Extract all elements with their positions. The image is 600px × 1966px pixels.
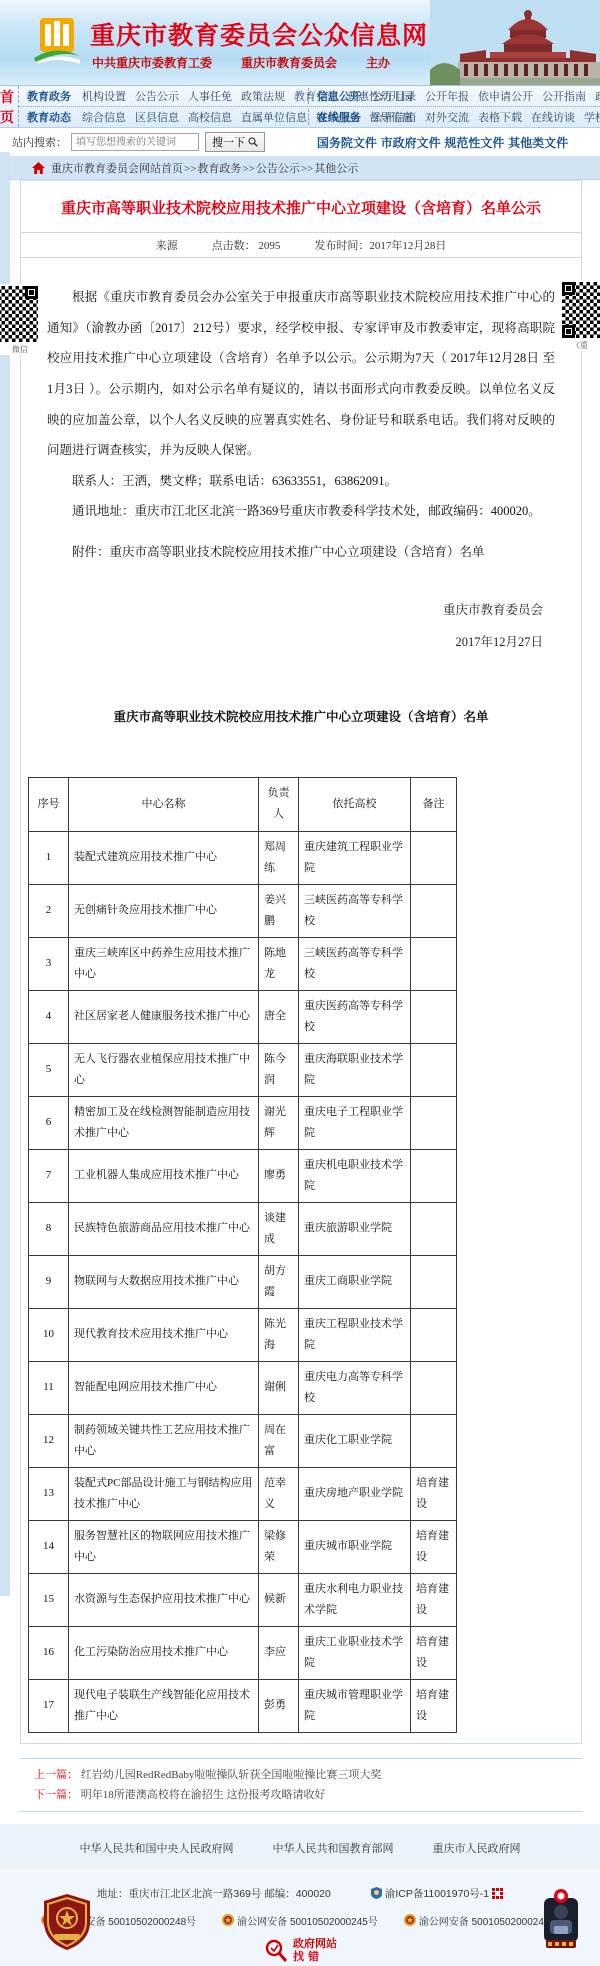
- wechat-qr-code: [0, 286, 38, 342]
- cell-school: 重庆工商职业学院: [299, 1255, 411, 1308]
- article-body: 根据《重庆市教育委员会办公室关于申报重庆市高等职业技术院校应用技术推广中心的通知…: [21, 258, 581, 568]
- cell-note: 培育建设: [411, 1626, 457, 1679]
- police-shield-icon: [222, 1914, 234, 1926]
- cell-seq: 5: [29, 1043, 69, 1096]
- nav-item-row1-left-5[interactable]: 政策法规: [241, 88, 285, 104]
- cell-center-name: 无创痛针灸应用技术推广中心: [69, 884, 259, 937]
- nav-item-row1-right-4[interactable]: 依申请公开: [478, 88, 533, 104]
- cell-school: 重庆电力高等专科学校: [299, 1361, 411, 1414]
- wechat-qr-widget[interactable]: 微信: [0, 286, 40, 355]
- nav-item-row2-left-2[interactable]: 综合信息: [82, 109, 126, 125]
- beian-text: 渝公网安备 50010502000245号: [237, 1913, 378, 1928]
- table-row: 13装配式PC部品设计施工与钢结构应用技术推广中心范幸义重庆房地产职业学院培育建…: [29, 1467, 457, 1520]
- cell-center-name: 装配式PC部品设计施工与钢结构应用技术推广中心: [69, 1467, 259, 1520]
- cell-school: 重庆工程职业技术学院: [299, 1308, 411, 1361]
- cell-center-name: 制药领域关键共性工艺应用技术推广中心: [69, 1414, 259, 1467]
- beian-badges-row: 渝公网安备 50010502000248号渝公网安备 5001050200024…: [0, 1913, 600, 1928]
- breadcrumb-separator: >>: [301, 163, 313, 175]
- nav-row1-left: 教育政务机构设置公告公示人事任免政策法规教育党建普惠性幼儿园: [19, 88, 309, 104]
- cell-center-name: 现代电子装联生产线智能化应用技术推广中心: [69, 1679, 259, 1732]
- cell-person: 郑周练: [259, 831, 299, 884]
- footer: 地址：重庆市江北区北滨一路369号 邮编：400020 渝ICP备1100197…: [0, 1870, 600, 1966]
- cell-note: [411, 1202, 457, 1255]
- table-title: 重庆市高等职业技术院校应用技术推广中心立项建设（含培育）名单: [21, 707, 581, 725]
- footer-site-link-3[interactable]: 重庆市人民政府网: [433, 1840, 521, 1856]
- cell-school: 重庆城市管理职业学院: [299, 1679, 411, 1732]
- cell-seq: 7: [29, 1149, 69, 1202]
- table-header-1: 序号: [29, 777, 69, 831]
- nav-item-row1-right-3[interactable]: 公开年报: [425, 88, 469, 104]
- cell-seq: 11: [29, 1361, 69, 1414]
- cell-person: 谢光辉: [259, 1096, 299, 1149]
- breadcrumb-items: 重庆市教育委员会网站首页>>教育政务>>公告公示>>其他公示: [51, 160, 358, 176]
- cell-school: 重庆房地产职业学院: [299, 1467, 411, 1520]
- cell-person: 陈今润: [259, 1043, 299, 1096]
- nav-home-link[interactable]: 首 页: [0, 86, 19, 127]
- search-bar: 站内搜索： 搜一下 国务院文件市政府文件规范性文件其他类文件: [0, 128, 600, 156]
- cell-person: 谢俐: [259, 1361, 299, 1414]
- article-panel: 重庆市高等职业技术院校应用技术推广中心立项建设（含培育）名单公示 来源 点击数：…: [20, 180, 582, 1744]
- right-qr-code: [562, 282, 600, 338]
- cell-seq: 1: [29, 831, 69, 884]
- centers-table: 序号中心名称负责人依托高校备注 1装配式建筑应用技术推广中心郑周练重庆建筑工程职…: [28, 777, 457, 1733]
- cell-note: [411, 1414, 457, 1467]
- cell-person: 陈地龙: [259, 937, 299, 990]
- cell-center-name: 工业机器人集成应用技术推广中心: [69, 1149, 259, 1202]
- icp-link[interactable]: 渝ICP备11001970号-1: [371, 1886, 503, 1901]
- nav-item-row1-left-4[interactable]: 人事任免: [188, 88, 232, 104]
- footer-site-link-2[interactable]: 中华人民共和国教育部网: [273, 1840, 394, 1856]
- nav-item-row1-left-1[interactable]: 教育政务: [27, 88, 71, 104]
- nav-item-row2-right-2[interactable]: 公开信箱: [372, 109, 416, 125]
- article-meta: 来源 点击数： 2095 发布时间：2017年12月28日: [21, 232, 581, 258]
- cell-note: [411, 990, 457, 1043]
- table-row: 12制药领域关键共性工艺应用技术推广中心周在富重庆化工职业学院: [29, 1414, 457, 1467]
- cell-note: [411, 884, 457, 937]
- icp-shield-icon: [371, 1887, 382, 1899]
- cell-seq: 12: [29, 1414, 69, 1467]
- beian-badge-3[interactable]: 渝公网安备 50010502000246号: [404, 1913, 560, 1928]
- doc-link-4[interactable]: 其他类文件: [508, 134, 568, 151]
- breadcrumb: 重庆市教育委员会网站首页>>教育政务>>公告公示>>其他公示: [0, 156, 600, 180]
- table-row: 14服务智慧社区的物联网应用技术推广中心梁修荣重庆城市职业学院培育建设: [29, 1520, 457, 1573]
- table-row: 7工业机器人集成应用技术推广中心廖勇重庆机电职业技术学院: [29, 1149, 457, 1202]
- nav-item-row2-left-4[interactable]: 高校信息: [188, 109, 232, 125]
- finder-text-line1: 政府网站: [293, 1938, 337, 1951]
- search-button[interactable]: 搜一下: [205, 132, 265, 152]
- table-header-5: 备注: [411, 777, 457, 831]
- cell-school: 重庆医药高等专科学校: [299, 990, 411, 1043]
- organizer-right: 主办: [366, 56, 390, 70]
- cell-person: 候新: [259, 1573, 299, 1626]
- cell-center-name: 现代教育技术应用技术推广中心: [69, 1308, 259, 1361]
- nav-item-row2-right-6[interactable]: 学校名录: [584, 109, 600, 125]
- finder-text-line2: 找错: [293, 1951, 337, 1964]
- cell-note: [411, 1149, 457, 1202]
- beian-badge-2[interactable]: 渝公网安备 50010502000245号: [222, 1913, 378, 1928]
- cell-person: 谈建成: [259, 1202, 299, 1255]
- prev-label: 上一篇：: [34, 1769, 78, 1781]
- nav-item-row1-right-6[interactable]: 政策解读: [595, 88, 600, 104]
- breadcrumb-item-1[interactable]: 重庆市教育委员会网站首页: [51, 163, 183, 175]
- table-row: 2无创痛针灸应用技术推广中心姜兴鹏三峡医药高等专科学校: [29, 884, 457, 937]
- table-header-2: 中心名称: [69, 777, 259, 831]
- signature-org: 重庆市教育委员会: [21, 594, 543, 627]
- search-button-label: 搜一下: [212, 134, 245, 150]
- table-row: 1装配式建筑应用技术推广中心郑周练重庆建筑工程职业学院: [29, 831, 457, 884]
- finder-magnifier-icon: [263, 1938, 289, 1964]
- footer-site-link-1[interactable]: 中华人民共和国中央人民政府网: [80, 1840, 234, 1856]
- nav-item-row1-right-2[interactable]: 公开目录: [372, 88, 416, 104]
- organizer-left: 中共重庆市委教育工委: [92, 56, 212, 70]
- table-row: 6精密加工及在线检测智能制造应用技术推广中心谢光辉重庆电子工程职业学院: [29, 1096, 457, 1149]
- cell-center-name: 物联网与大数据应用技术推广中心: [69, 1255, 259, 1308]
- site-logo-icon: [30, 14, 82, 66]
- cell-person: 姜兴鹏: [259, 884, 299, 937]
- cell-school: 三峡医药高等专科学校: [299, 937, 411, 990]
- cell-note: [411, 1361, 457, 1414]
- cell-note: [411, 831, 457, 884]
- cell-seq: 15: [29, 1573, 69, 1626]
- footer-address: 地址：重庆市江北区北滨一路369号 邮编：400020: [97, 1886, 331, 1901]
- cell-note: [411, 1043, 457, 1096]
- cell-note: 培育建设: [411, 1467, 457, 1520]
- nav-item-row1-right-1[interactable]: 信息公开: [317, 88, 361, 104]
- nav-item-row2-right-5[interactable]: 在线访谈: [531, 109, 575, 125]
- red-grid-icon: [492, 1888, 503, 1899]
- table-row: 10现代教育技术应用技术推广中心陈光海重庆工程职业技术学院: [29, 1308, 457, 1361]
- nav-item-row2-right-3[interactable]: 对外交流: [425, 109, 469, 125]
- cell-person: 彭勇: [259, 1679, 299, 1732]
- cell-school: 重庆建筑工程职业学院: [299, 831, 411, 884]
- cell-note: [411, 1255, 457, 1308]
- cell-note: [411, 1308, 457, 1361]
- signature-block: 重庆市教育委员会 2017年12月27日: [21, 568, 581, 659]
- meta-source: 来源: [156, 237, 178, 253]
- cell-person: 范幸义: [259, 1467, 299, 1520]
- cell-note: [411, 1096, 457, 1149]
- site-banner: 重庆市教育委员会公众信息网 中共重庆市委教育工委 重庆市教育委员会 主办: [0, 0, 600, 86]
- cell-person: 梁修荣: [259, 1520, 299, 1573]
- police-badge[interactable]: [540, 1888, 582, 1950]
- cell-note: 培育建设: [411, 1520, 457, 1573]
- icp-number: 渝ICP备11001970号-1: [385, 1886, 489, 1901]
- cell-school: 重庆海联职业技术学院: [299, 1043, 411, 1096]
- cell-seq: 17: [29, 1679, 69, 1732]
- home-icon: [32, 162, 45, 174]
- search-label: 站内搜索：: [12, 134, 67, 150]
- nav-item-row1-left-2[interactable]: 机构设置: [82, 88, 126, 104]
- nav-item-row1-right-5[interactable]: 公开指南: [542, 88, 586, 104]
- meta-publish-date: 发布时间：2017年12月28日: [314, 237, 446, 253]
- breadcrumb-separator: >>: [184, 163, 196, 175]
- doc-link-1[interactable]: 国务院文件: [317, 134, 377, 151]
- table-row: 5无人飞行器农业植保应用技术推广中心陈今润重庆海联职业技术学院: [29, 1043, 457, 1096]
- cell-school: 重庆城市职业学院: [299, 1520, 411, 1573]
- table-row: 17现代电子装联生产线智能化应用技术推广中心彭勇重庆城市管理职业学院培育建设: [29, 1679, 457, 1732]
- cell-center-name: 水资源与生态保护应用技术推广中心: [69, 1573, 259, 1626]
- cell-seq: 14: [29, 1520, 69, 1573]
- nav-item-row2-left-5[interactable]: 直属单位信息: [241, 109, 307, 125]
- site-organizers: 中共重庆市委教育工委 重庆市教育委员会 主办: [92, 54, 416, 71]
- government-emblem-badge[interactable]: [44, 1894, 90, 1950]
- cell-school: 三峡医药高等专科学校: [299, 884, 411, 937]
- paragraph-attachment: 附件：重庆市高等职业技术院校应用技术推广中心立项建设（含培育）名单: [47, 537, 555, 568]
- cell-seq: 2: [29, 884, 69, 937]
- prev-article-link[interactable]: 红岩幼儿园RedRedBaby啦啦操队斩获全国啦啦操比赛三项大奖: [81, 1769, 382, 1781]
- cell-person: 李应: [259, 1626, 299, 1679]
- article-title: 重庆市高等职业技术院校应用技术推广中心立项建设（含培育）名单公示: [21, 181, 581, 232]
- nav-row1-right: 信息公开公开目录公开年报依申请公开公开指南政策解读: [309, 88, 600, 104]
- doc-link-2[interactable]: 市政府文件: [381, 134, 441, 151]
- prev-next-box: 上一篇： 红岩幼儿园RedRedBaby啦啦操队斩获全国啦啦操比赛三项大奖 下一…: [20, 1758, 582, 1812]
- table-row: 16化工污染防治应用技术推广中心李应重庆工业职业技术学院培育建设: [29, 1626, 457, 1679]
- cell-person: 胡方霞: [259, 1255, 299, 1308]
- table-header-row: 序号中心名称负责人依托高校备注: [29, 777, 457, 831]
- table-row: 3重庆三峡库区中药养生应用技术推广中心陈地龙三峡医药高等专科学校: [29, 937, 457, 990]
- nav-item-row2-left-3[interactable]: 区县信息: [135, 109, 179, 125]
- wechat-qr-label: 微信: [0, 344, 40, 355]
- cell-center-name: 化工污染防治应用技术推广中心: [69, 1626, 259, 1679]
- great-hall-photo: [430, 0, 600, 86]
- footer-site-links: 中华人民共和国中央人民政府网中华人民共和国教育部网重庆市人民政府网: [0, 1824, 600, 1870]
- cell-center-name: 社区居家老人健康服务技术推广中心: [69, 990, 259, 1043]
- cell-seq: 13: [29, 1467, 69, 1520]
- nav-item-row2-right-1[interactable]: 在线服务: [317, 109, 361, 125]
- next-article-link[interactable]: 明年18所港澳高校将在渝招生 这份报考攻略请收好: [81, 1789, 326, 1801]
- doc-link-3[interactable]: 规范性文件: [444, 134, 504, 151]
- cell-note: 培育建设: [411, 1573, 457, 1626]
- right-qr-label: 《重: [560, 340, 600, 351]
- left-page-strip: [0, 152, 10, 1596]
- nav-item-row2-right-4[interactable]: 表格下载: [478, 109, 522, 125]
- breadcrumb-item-4[interactable]: 其他公示: [314, 163, 358, 175]
- table-header-4: 依托高校: [299, 777, 411, 831]
- cell-seq: 6: [29, 1096, 69, 1149]
- cell-note: 培育建设: [411, 1679, 457, 1732]
- cell-person: 唐全: [259, 990, 299, 1043]
- paragraph-notice: 根据《重庆市教育委员会办公室关于申报重庆市高等职业技术院校应用技术推广中心的通知…: [47, 282, 555, 466]
- signature-date: 2017年12月27日: [21, 626, 543, 659]
- paragraph-contacts: 联系人：王洒，樊文桦；联系电话：63633551，63862091。: [47, 466, 555, 497]
- cell-person: 周在富: [259, 1414, 299, 1467]
- cell-seq: 4: [29, 990, 69, 1043]
- cell-person: 廖勇: [259, 1149, 299, 1202]
- gov-site-error-finder[interactable]: 政府网站 找错: [263, 1938, 337, 1964]
- cell-seq: 9: [29, 1255, 69, 1308]
- cell-school: 重庆工业职业技术学院: [299, 1626, 411, 1679]
- table-row: 9物联网与大数据应用技术推广中心胡方霞重庆工商职业学院: [29, 1255, 457, 1308]
- paragraph-address: 通讯地址：重庆市江北区北滨一路369号重庆市教委科学技术处，邮政编码：40002…: [47, 496, 555, 527]
- next-label: 下一篇：: [34, 1789, 78, 1801]
- cell-school: 重庆旅游职业学院: [299, 1202, 411, 1255]
- table-row: 8民族特色旅游商品应用技术推广中心谈建成重庆旅游职业学院: [29, 1202, 457, 1255]
- meta-hits: 点击数： 2095: [212, 237, 281, 253]
- cell-person: 陈光海: [259, 1308, 299, 1361]
- breadcrumb-item-2[interactable]: 教育政务: [197, 163, 241, 175]
- cell-school: 重庆水利电力职业技术学院: [299, 1573, 411, 1626]
- cell-seq: 10: [29, 1308, 69, 1361]
- cell-center-name: 重庆三峡库区中药养生应用技术推广中心: [69, 937, 259, 990]
- cell-seq: 8: [29, 1202, 69, 1255]
- organizer-mid: 重庆市教育委员会: [241, 56, 337, 70]
- police-shield-icon: [404, 1914, 416, 1926]
- cell-seq: 3: [29, 937, 69, 990]
- document-links: 国务院文件市政府文件规范性文件其他类文件: [265, 134, 600, 151]
- breadcrumb-item-3[interactable]: 公告公示: [256, 163, 300, 175]
- table-row: 11智能配电网应用技术推广中心谢俐重庆电力高等专科学校: [29, 1361, 457, 1414]
- main-nav: 首 页 教育政务机构设置公告公示人事任免政策法规教育党建普惠性幼儿园 信息公开公…: [0, 86, 600, 128]
- search-input[interactable]: [71, 133, 199, 151]
- nav-item-row2-left-1[interactable]: 教育动态: [27, 109, 71, 125]
- cell-center-name: 无人飞行器农业植保应用技术推广中心: [69, 1043, 259, 1096]
- nav-row2-left: 教育动态综合信息区县信息高校信息直属单位信息媒体信息督导信息: [19, 109, 309, 125]
- table-header-3: 负责人: [259, 777, 299, 831]
- cell-school: 重庆电子工程职业学院: [299, 1096, 411, 1149]
- beian-text: 渝公网安备 50010502000246号: [419, 1913, 560, 1928]
- right-qr-widget[interactable]: 《重: [560, 282, 600, 351]
- cell-center-name: 服务智慧社区的物联网应用技术推广中心: [69, 1520, 259, 1573]
- table-row: 15水资源与生态保护应用技术推广中心候新重庆水利电力职业技术学院培育建设: [29, 1573, 457, 1626]
- breadcrumb-separator: >>: [242, 163, 254, 175]
- nav-item-row1-left-3[interactable]: 公告公示: [135, 88, 179, 104]
- cell-center-name: 民族特色旅游商品应用技术推广中心: [69, 1202, 259, 1255]
- cell-center-name: 智能配电网应用技术推广中心: [69, 1361, 259, 1414]
- site-title: 重庆市教育委员会公众信息网: [90, 16, 428, 52]
- cell-school: 重庆化工职业学院: [299, 1414, 411, 1467]
- magnifier-icon: [248, 137, 258, 147]
- table-row: 4社区居家老人健康服务技术推广中心唐全重庆医药高等专科学校: [29, 990, 457, 1043]
- cell-center-name: 精密加工及在线检测智能制造应用技术推广中心: [69, 1096, 259, 1149]
- nav-row2-right: 在线服务公开信箱对外交流表格下载在线访谈学校名录咨询投诉: [309, 109, 600, 125]
- cell-seq: 16: [29, 1626, 69, 1679]
- cell-center-name: 装配式建筑应用技术推广中心: [69, 831, 259, 884]
- cell-school: 重庆机电职业技术学院: [299, 1149, 411, 1202]
- cell-note: [411, 937, 457, 990]
